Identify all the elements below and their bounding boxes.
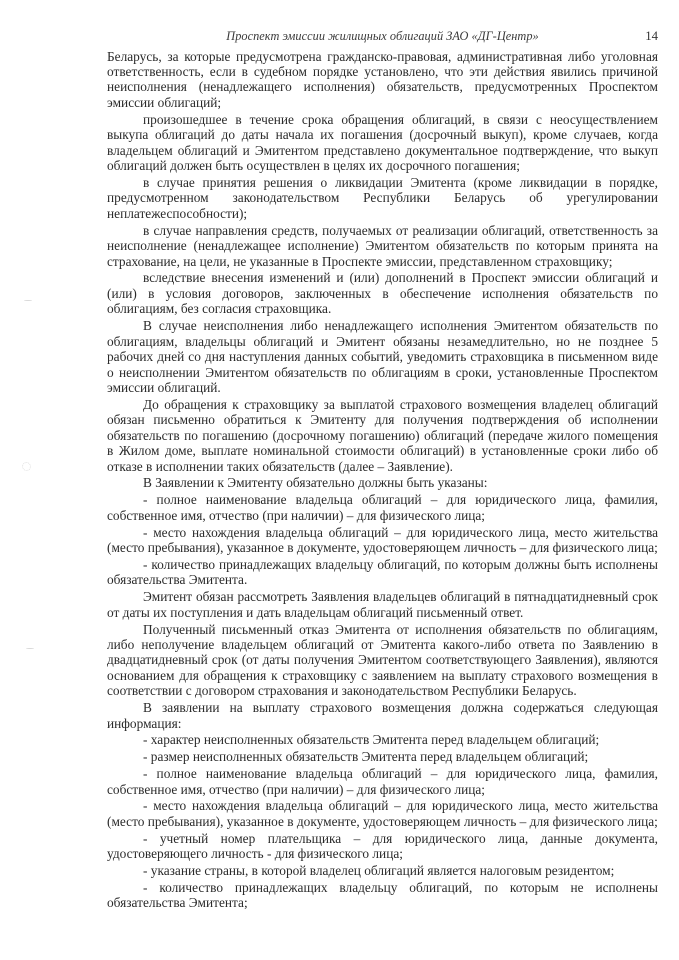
paragraph: в случае направления средств, получаемых… bbox=[107, 223, 658, 269]
document-title: Проспект эмиссии жилищных облигаций ЗАО … bbox=[107, 28, 658, 44]
document-body: Беларусь, за которые предусмотрена гражд… bbox=[107, 49, 658, 913]
list-item: - размер неисполненных обязательств Эмит… bbox=[107, 749, 658, 764]
list-item: - количество принадлежащих владельцу обл… bbox=[107, 880, 658, 911]
list-item: - полное наименование владельца облигаци… bbox=[107, 492, 658, 523]
list-item: - характер неисполненных обязательств Эм… bbox=[107, 732, 658, 747]
paragraph: в случае принятия решения о ликвидации Э… bbox=[107, 175, 658, 221]
paragraph: В Заявлении к Эмитенту обязательно должн… bbox=[107, 475, 658, 490]
paragraph: До обращения к страховщику за выплатой с… bbox=[107, 397, 658, 474]
running-header: Проспект эмиссии жилищных облигаций ЗАО … bbox=[107, 28, 658, 44]
list-item: - количество принадлежащих владельцу обл… bbox=[107, 557, 658, 588]
list-item: - полное наименование владельца облигаци… bbox=[107, 766, 658, 797]
page-number: 14 bbox=[645, 28, 658, 44]
punch-hole-mark bbox=[22, 462, 31, 471]
list-item: - место нахождения владельца облигаций –… bbox=[107, 525, 658, 556]
paragraph: произошедшее в течение срока обращения о… bbox=[107, 112, 658, 174]
list-item: - указание страны, в которой владелец об… bbox=[107, 863, 658, 878]
list-item: - учетный номер плательщика – для юридич… bbox=[107, 831, 658, 862]
paragraph: В случае неисполнения либо ненадлежащего… bbox=[107, 318, 658, 395]
list-item: - место нахождения владельца облигаций –… bbox=[107, 798, 658, 829]
paragraph: Эмитент обязан рассмотреть Заявления вла… bbox=[107, 589, 658, 620]
paragraph: вследствие внесения изменений и (или) до… bbox=[107, 270, 658, 316]
punch-hole-mark bbox=[24, 300, 32, 301]
paragraph: В заявлении на выплату страхового возмещ… bbox=[107, 700, 658, 731]
document-page: Проспект эмиссии жилищных облигаций ЗАО … bbox=[0, 0, 679, 960]
punch-hole-mark bbox=[26, 648, 34, 649]
paragraph: Беларусь, за которые предусмотрена гражд… bbox=[107, 49, 658, 111]
paragraph: Полученный письменный отказ Эмитента от … bbox=[107, 622, 658, 699]
